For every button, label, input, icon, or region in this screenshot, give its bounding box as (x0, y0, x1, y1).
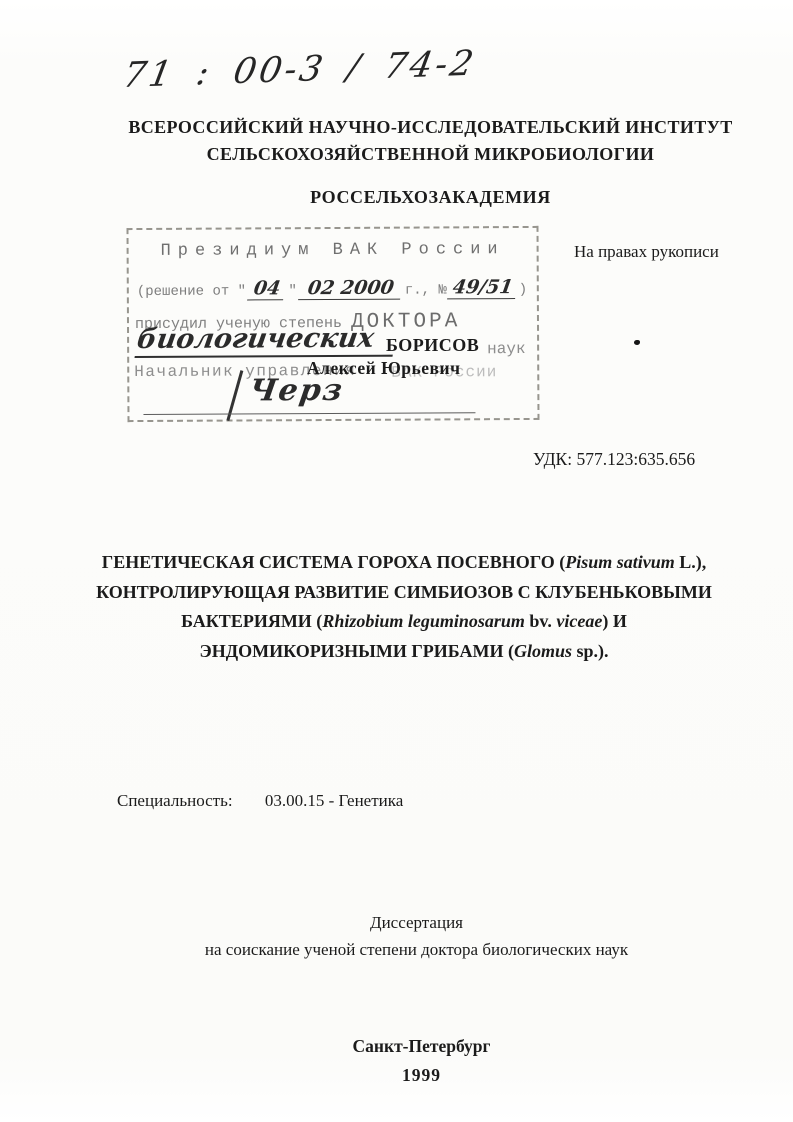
institute-name: ВСЕРОССИЙСКИЙ НАУЧНО-ИССЛЕДОВАТЕЛЬСКИЙ И… (90, 114, 771, 168)
title-l4-latin: Glomus (514, 641, 572, 661)
handwritten-inventory-number: 71 : 00-3 / 74-2 (120, 44, 479, 96)
title-l4-ru: ЭНДОМИКОРИЗНЫМИ ГРИБАМИ ( (200, 641, 514, 661)
title-l4-end: sp.). (572, 641, 609, 661)
title-line-2: КОНТРОЛИРУЮЩАЯ РАЗВИТИЕ СИМБИОЗОВ С КЛУБ… (55, 578, 753, 608)
title-l1-latin: Pisum sativum (565, 552, 675, 572)
speciality-label: Специальность: (117, 791, 233, 810)
stamp-handwritten-day: 04 (247, 277, 287, 300)
stamp-field-suffix: наук (487, 340, 525, 358)
author-surname: БОРИСОВ (386, 335, 479, 356)
stamp-handwritten-date: 02 2000 (298, 277, 403, 301)
institute-name-line1: ВСЕРОССИЙСКИЙ НАУЧНО-ИССЛЕДОВАТЕЛЬСКИЙ И… (90, 114, 771, 141)
title-l3-ru: БАКТЕРИЯМИ ( (181, 611, 322, 631)
speciality-line: Специальность: 03.00.15 - Генетика (117, 791, 403, 811)
title-l3-bv: bv. (525, 611, 557, 631)
udc-code: УДК: 577.123:635.656 (533, 449, 695, 470)
manuscript-rights-note: На правах рукописи (574, 242, 719, 262)
stamp-decision-prefix: (решение от " (137, 283, 246, 300)
ink-speck (634, 340, 640, 345)
vak-approval-stamp: Президиум ВАК России (решение от " 04 " … (126, 226, 539, 422)
title-line-1: ГЕНЕТИЧЕСКАЯ СИСТЕМА ГОРОХА ПОСЕВНОГО (P… (55, 548, 753, 578)
title-l1-end: L.), (675, 552, 707, 572)
scanned-dissertation-title-page: 71 : 00-3 / 74-2 ВСЕРОССИЙСКИЙ НАУЧНО-ИС… (0, 0, 793, 1122)
title-l1-ru: ГЕНЕТИЧЕСКАЯ СИСТЕМА ГОРОХА ПОСЕВНОГО ( (102, 552, 565, 572)
stamp-decision-line: (решение от " 04 " 02 2000 г., № 49/51 ) (137, 276, 533, 301)
signature-underline (143, 412, 475, 415)
title-l3-end: ) И (602, 611, 627, 631)
stamp-decision-number-label: г., № (405, 282, 447, 298)
stamp-handwritten-field: биологических (134, 323, 397, 358)
stamp-decision-quote: " (288, 283, 296, 299)
academy-name: РОССЕЛЬХОЗАКАДЕМИЯ (90, 187, 771, 208)
dissertation-statement-line2: на соискание ученой степени доктора биол… (70, 936, 763, 963)
title-line-4: ЭНДОМИКОРИЗНЫМИ ГРИБАМИ (Glomus sp.). (55, 637, 753, 667)
title-line-3: БАКТЕРИЯМИ (Rhizobium leguminosarum bv. … (55, 607, 753, 637)
dissertation-title: ГЕНЕТИЧЕСКАЯ СИСТЕМА ГОРОХА ПОСЕВНОГО (P… (55, 548, 753, 666)
title-l3-latin: Rhizobium leguminosarum (322, 611, 525, 631)
institute-name-line2: СЕЛЬСКОХОЗЯЙСТВЕННОЙ МИКРОБИОЛОГИИ (90, 141, 771, 168)
dissertation-statement: Диссертация на соискание ученой степени … (70, 909, 763, 963)
publication-city: Санкт-Петербург (70, 1036, 773, 1057)
author-given-names: Алексей Юрьевич (307, 358, 460, 379)
dissertation-statement-line1: Диссертация (70, 909, 763, 936)
stamp-title: Президиум ВАК России (129, 240, 537, 261)
stamp-handwritten-number: 49/51 (447, 276, 518, 299)
speciality-value: 03.00.15 - Генетика (265, 791, 403, 810)
title-l3-latin2: viceae (556, 611, 602, 631)
publication-year: 1999 (70, 1065, 773, 1086)
stamp-decision-close: ) (519, 282, 527, 298)
